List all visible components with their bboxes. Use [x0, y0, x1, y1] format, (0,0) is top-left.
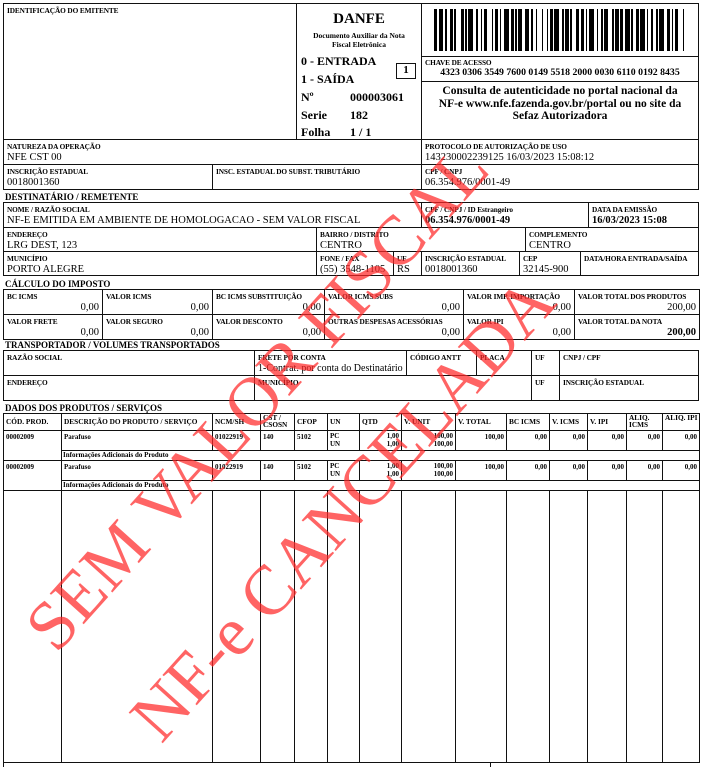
dest-cnpj-label: CPF / CNPJ / ID Estrangeiro [425, 206, 513, 214]
transp-razao-box: RAZÃO SOCIAL [3, 350, 255, 376]
tipo-value: 1 [396, 63, 416, 79]
consulta-box: Consulta de autenticidade no portal naci… [421, 81, 699, 140]
protocolo-label: PROTOCOLO DE AUTORIZAÇÃO DE USO [425, 143, 567, 151]
transp-placa-box: PLACA [476, 350, 532, 376]
consulta-line-2: NF-e www.nfe.fazenda.gov.br/portal ou no… [422, 98, 698, 111]
produto-info-adicional: Informações Adicionais do Produto [63, 451, 168, 460]
transp-placa-label: PLACA [480, 354, 505, 362]
dest-bairro-value: CENTRO [320, 240, 362, 251]
imposto-value: 0,00 [442, 302, 460, 313]
imposto-section: CÁLCULO DO IMPOSTO [5, 279, 110, 289]
chave-label: CHAVE DE ACESSO [425, 59, 492, 67]
produto-desc: Parafuso [64, 431, 91, 443]
destinatario-section: DESTINATÁRIO / REMETENTE [5, 192, 138, 202]
produto-aliqicms: 0,00 [626, 431, 660, 443]
produto-vunit: 100,00 [401, 440, 453, 449]
imposto-value: 0,00 [191, 327, 209, 338]
barcode-icon [434, 9, 688, 51]
transp-antt-label: CÓDIGO ANTT [410, 354, 461, 362]
imposto-field: VALOR IPI0,00 [463, 314, 575, 340]
imposto-field: OUTRAS DESPESAS ACESSÓRIAS0,00 [324, 314, 464, 340]
produtos-header: CST / CSOSN [263, 415, 293, 428]
produtos-header: V. UNIT [404, 418, 430, 425]
produto-cod: 00002009 [6, 461, 34, 473]
imposto-field: BC ICMS SUBSTITUIÇÃO0,00 [212, 289, 325, 315]
produtos-header: NCM/SH [215, 418, 244, 425]
dest-uf-box: UF RS [393, 251, 422, 276]
ie-box: INSCRIÇÃO ESTADUAL 0018001360 [3, 164, 213, 190]
consulta-text: Consulta de autenticidade no portal naci… [422, 85, 698, 123]
produto-cfop: 5102 [297, 461, 311, 473]
transp-razao-label: RAZÃO SOCIAL [7, 354, 62, 362]
numero-label: Nº [301, 90, 314, 105]
imposto-field: VALOR ICMS SUBS0,00 [324, 289, 464, 315]
produtos-header: DESCRIÇÃO DO PRODUTO / SERVIÇO [64, 418, 197, 425]
dest-municipio-value: PORTO ALEGRE [7, 264, 84, 275]
transp-frete-value: 1-Contrat. por conta do Destinatário [258, 363, 403, 374]
imposto-value: 200,00 [667, 302, 696, 313]
transp-cnpj-box: CNPJ / CPF [559, 350, 699, 376]
dest-cep-box: CEP 32145-900 [519, 251, 581, 276]
dest-fone-box: FONE / FAX (55) 3548-1105 [316, 251, 394, 276]
transp-municipio-box: MUNICÍPIO [254, 375, 532, 401]
produto-info-adicional: Informações Adicionais do Produto [63, 481, 168, 490]
dest-nome-box: NOME / RAZÃO SOCIAL NF-E EMITIDA EM AMBI… [3, 202, 422, 228]
produto-aliqicms: 0,00 [626, 461, 660, 473]
imposto-value: 0,00 [81, 327, 99, 338]
imposto-field: VALOR TOTAL DA NOTA200,00 [574, 314, 700, 340]
dest-endereco-label: ENDEREÇO [7, 231, 48, 239]
produto-un: UN [330, 470, 340, 479]
produtos-header: ALIQ. ICMS [629, 415, 661, 428]
dest-cep-value: 32145-900 [523, 264, 569, 275]
imposto-value: 0,00 [303, 327, 321, 338]
ie-st-box: INSC. ESTADUAL DO SUBST. TRIBUTÁRIO [212, 164, 422, 190]
imposto-label: VALOR FRETE [7, 318, 57, 326]
produto-vipi: 0,00 [587, 431, 624, 443]
produtos-header: BC ICMS [509, 418, 540, 425]
imposto-label: OUTRAS DESPESAS ACESSÓRIAS [328, 318, 443, 326]
produto-cst: 140 [263, 461, 274, 473]
protocolo-value: 143230002239125 16/03/2023 15:08:12 [425, 152, 594, 163]
dest-uf-label: UF [397, 255, 407, 263]
produtos-section: DADOS DOS PRODUTOS / SERVIÇOS [5, 403, 162, 413]
produto-vtotal: 100,00 [455, 461, 504, 473]
imposto-field: VALOR TOTAL DOS PRODUTOS200,00 [574, 289, 700, 315]
transp-uf-box: UF [531, 350, 560, 376]
dest-endereco-box: ENDEREÇO LRG DEST, 123 [3, 227, 317, 252]
transp-endereco-box: ENDEREÇO [3, 375, 255, 401]
transp-uf2-label: UF [535, 379, 545, 387]
imposto-label: VALOR IPI [467, 318, 503, 326]
imposto-label: VALOR TOTAL DA NOTA [578, 318, 662, 326]
transp-municipio-label: MUNICÍPIO [258, 379, 298, 387]
dest-nome-value: NF-E EMITIDA EM AMBIENTE DE HOMOLOGACAO … [7, 215, 360, 226]
produto-ncm: 01022919 [215, 461, 243, 473]
imposto-field: VALOR FRETE0,00 [3, 314, 103, 340]
dest-municipio-box: MUNICÍPIO PORTO ALEGRE [3, 251, 317, 276]
chave-value[interactable]: 4323 0306 3549 7600 0149 5518 2000 0030 … [422, 67, 698, 78]
imposto-value: 0,00 [81, 302, 99, 313]
dest-fone-value: (55) 3548-1105 [320, 264, 385, 275]
produtos-header: V. IPI [590, 418, 608, 425]
produto-ncm: 01022919 [215, 431, 243, 443]
imposto-value: 0,00 [442, 327, 460, 338]
dest-complemento-box: COMPLEMENTO CENTRO [525, 227, 699, 252]
transp-frete-box: FRETE POR CONTA 1-Contrat. por conta do … [254, 350, 407, 376]
danfe-box: DANFE Documento Auxiliar da Nota Fiscal … [296, 3, 422, 140]
produto-cst: 140 [263, 431, 274, 443]
produto-un: UN [330, 440, 340, 449]
produto-vipi: 0,00 [587, 461, 624, 473]
dest-ie-label: INSCRIÇÃO ESTADUAL [425, 255, 506, 263]
imposto-field: VALOR SEGURO0,00 [102, 314, 213, 340]
ie-st-label: INSC. ESTADUAL DO SUBST. TRIBUTÁRIO [216, 168, 360, 176]
produto-cfop: 5102 [297, 431, 311, 443]
imposto-field: VALOR ICMS0,00 [102, 289, 213, 315]
dest-entrada-saida-label: DATA/HORA ENTRADA/SAÍDA [584, 255, 687, 263]
produto-vunit: 100,00 [401, 470, 453, 479]
consulta-line-1: Consulta de autenticidade no portal naci… [422, 85, 698, 98]
imposto-label: VALOR SEGURO [106, 318, 163, 326]
dest-bairro-box: BAIRRO / DISTRITO CENTRO [316, 227, 526, 252]
protocolo-box: PROTOCOLO DE AUTORIZAÇÃO DE USO 14323000… [421, 139, 699, 165]
serie-value: 182 [350, 108, 368, 123]
barcode-box [421, 3, 699, 57]
dest-ie-value: 0018001360 [425, 264, 478, 275]
natureza-label: NATUREZA DA OPERAÇÃO [7, 143, 101, 151]
dest-fone-label: FONE / FAX [320, 255, 359, 263]
dest-complemento-label: COMPLEMENTO [529, 231, 587, 239]
produto-bcicms: 0,00 [506, 431, 547, 443]
imposto-field: VALOR IMP. IMPORTAÇÃO0,00 [463, 289, 575, 315]
imposto-field: VALOR DESCONTO0,00 [212, 314, 325, 340]
dest-municipio-label: MUNICÍPIO [7, 255, 47, 263]
emitente-title: IDENTIFICAÇÃO DO EMITENTE [7, 7, 118, 15]
produto-vtotal: 100,00 [455, 431, 504, 443]
dest-uf-value: RS [397, 264, 410, 275]
produtos-header: UN [330, 418, 341, 425]
imposto-value: 0,00 [553, 302, 571, 313]
dest-cep-label: CEP [523, 255, 537, 263]
imposto-label: VALOR ICMS [106, 293, 151, 301]
tipo-entrada: 0 - ENTRADA [301, 54, 376, 69]
transp-frete-label: FRETE POR CONTA [258, 354, 326, 362]
imposto-label: BC ICMS [7, 293, 37, 301]
produto-qtd: 1,00 [359, 470, 399, 479]
imposto-field: BC ICMS0,00 [3, 289, 103, 315]
produto-cod: 00002009 [6, 431, 34, 443]
folha-value: 1 / 1 [350, 125, 371, 140]
imposto-value: 0,00 [553, 327, 571, 338]
imposto-label: VALOR TOTAL DOS PRODUTOS [578, 293, 686, 301]
ie-value: 0018001360 [7, 177, 60, 188]
dest-complemento-value: CENTRO [529, 240, 571, 251]
transp-cnpj-label: CNPJ / CPF [563, 354, 601, 362]
cnpj-emit-label: CPF / CNPJ [425, 168, 462, 176]
dest-nome-label: NOME / RAZÃO SOCIAL [7, 206, 90, 214]
transp-ie-box: INSCRIÇÃO ESTADUAL [559, 375, 699, 401]
produto-aliqipi: 0,00 [662, 461, 697, 473]
produto-desc: Parafuso [64, 461, 91, 473]
cnpj-emit-box: CPF / CNPJ 06.354.976/0001-49 [421, 164, 699, 190]
chave-box: CHAVE DE ACESSO 4323 0306 3549 7600 0149… [421, 56, 699, 82]
imposto-label: VALOR ICMS SUBS [328, 293, 393, 301]
emitente-box: IDENTIFICAÇÃO DO EMITENTE [3, 3, 297, 140]
dest-emissao-value: 16/03/2023 15:08 [592, 215, 667, 226]
produto-qtd: 1,00 [359, 440, 399, 449]
danfe-subtitle: Documento Auxiliar da Nota Fiscal Eletrô… [297, 31, 421, 49]
dest-endereco-value: LRG DEST, 123 [7, 240, 77, 251]
produtos-header: ALIQ. IPI [665, 415, 698, 422]
transp-antt-box: CÓDIGO ANTT [406, 350, 477, 376]
numero-value: 000003061 [350, 90, 404, 105]
serie-label: Serie [301, 108, 327, 123]
danfe-title: DANFE [297, 11, 421, 28]
imposto-label: VALOR DESCONTO [216, 318, 283, 326]
imposto-value: 0,00 [303, 302, 321, 313]
produtos-header: CÓD. PROD. [6, 418, 48, 425]
transp-uf-label: UF [535, 354, 545, 362]
transportador-section: TRANSPORTADOR / VOLUMES TRANSPORTADOS [5, 340, 220, 350]
imposto-value: 0,00 [191, 302, 209, 313]
produtos-header: QTD [362, 418, 378, 425]
dest-entrada-saida-box: DATA/HORA ENTRADA/SAÍDA [580, 251, 699, 276]
transp-ie-label: INSCRIÇÃO ESTADUAL [563, 379, 644, 387]
produto-bcicms: 0,00 [506, 461, 547, 473]
imposto-label: VALOR IMP. IMPORTAÇÃO [467, 293, 560, 301]
natureza-value: NFE CST 00 [7, 152, 62, 163]
natureza-box: NATUREZA DA OPERAÇÃO NFE CST 00 [3, 139, 422, 165]
transp-uf2-box: UF [531, 375, 560, 401]
produto-aliqipi: 0,00 [662, 431, 697, 443]
dest-emissao-label: DATA DA EMISSÃO [592, 206, 657, 214]
dest-emissao-box: DATA DA EMISSÃO 16/03/2023 15:08 [588, 202, 699, 228]
produto-vicms: 0,00 [549, 431, 585, 443]
dest-cnpj-box: CPF / CNPJ / ID Estrangeiro 06.354.976/0… [421, 202, 589, 228]
dest-bairro-label: BAIRRO / DISTRITO [320, 231, 389, 239]
tipo-saida: 1 - SAÍDA [301, 72, 354, 87]
cnpj-emit-value: 06.354.976/0001-49 [425, 177, 510, 188]
dest-ie-box: INSCRIÇÃO ESTADUAL 0018001360 [421, 251, 520, 276]
transp-endereco-label: ENDEREÇO [7, 379, 48, 387]
danfe-subtitle-2: Fiscal Eletrônica [297, 40, 421, 49]
produtos-header: CFOP [297, 418, 317, 425]
imposto-label: BC ICMS SUBSTITUIÇÃO [216, 293, 302, 301]
folha-label: Folha [301, 125, 330, 140]
imposto-value: 200,00 [667, 327, 696, 338]
ie-label: INSCRIÇÃO ESTADUAL [7, 168, 88, 176]
dest-cnpj-value: 06.354.976/0001-49 [425, 215, 510, 226]
produtos-header: V. TOTAL [458, 418, 491, 425]
produtos-header: V. ICMS [552, 418, 579, 425]
danfe-subtitle-1: Documento Auxiliar da Nota [297, 31, 421, 40]
produto-vicms: 0,00 [549, 461, 585, 473]
consulta-line-3: Sefaz Autorizadora [422, 110, 698, 123]
